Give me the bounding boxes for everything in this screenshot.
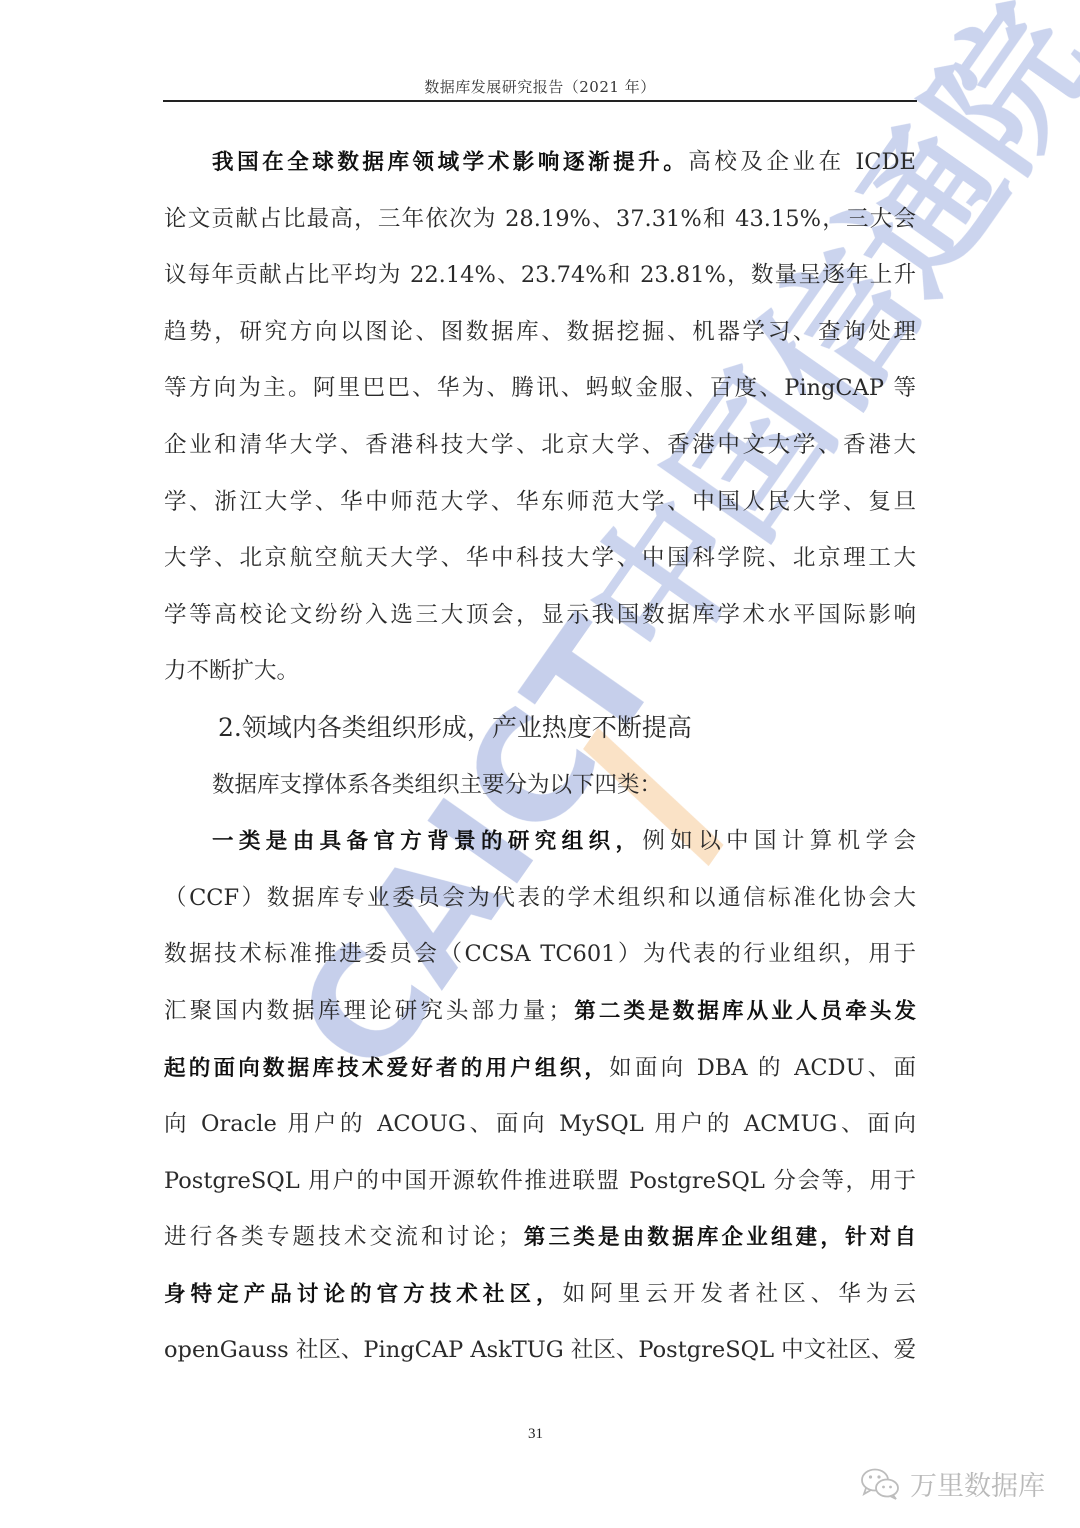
paragraph-four-categories-intro: 数据库支撑体系各类组织主要分为以下四类： [164, 757, 916, 814]
line-text: 如阿里云开发者社区、华为云 [563, 1281, 916, 1307]
text-line: 我国在全球数据库领域学术影响逐渐提升。高校及企业在 ICDE [164, 134, 916, 191]
text-line: 起的面向数据库技术爱好者的用户组织，如面向 DBA 的 ACDU、面 [164, 1040, 916, 1097]
header-divider [163, 100, 917, 102]
text-line: 论文贡献占比最高，三年依次为 28.19%、37.31%和 43.15%，三大会 [164, 191, 916, 248]
text-line: 数据技术标准推进委员会（CCSA TC601）为代表的行业组织，用于 [164, 926, 916, 983]
text-line: 学等高校论文纷纷入选三大顶会，显示我国数据库学术水平国际影响 [164, 587, 916, 644]
line-text: 汇聚国内数据库理论研究头部力量； [164, 998, 571, 1024]
section-heading: 2.领域内各类组织形成，产业热度不断提高 [164, 700, 916, 757]
document-body: 我国在全球数据库领域学术影响逐渐提升。高校及企业在 ICDE 论文贡献占比最高，… [164, 134, 916, 1379]
paragraph-organization-types: 一类是由具备官方背景的研究组织，例如以中国计算机学会 （CCF）数据库专业委员会… [164, 813, 916, 1379]
wechat-account-badge: 万里数据库 [860, 1464, 1045, 1503]
line-text: 如面向 DBA 的 ACDU、面 [609, 1055, 916, 1081]
line-text: 高校及企业在 ICDE [688, 149, 916, 175]
wechat-account-name: 万里数据库 [910, 1464, 1045, 1503]
text-line: PostgreSQL 用户的中国开源软件推进联盟 PostgreSQL 分会等，… [164, 1153, 916, 1210]
text-line: 学、浙江大学、华中师范大学、华东师范大学、中国人民大学、复旦 [164, 474, 916, 531]
line-text: 例如以中国计算机学会 [642, 828, 916, 854]
text-line: 一类是由具备官方背景的研究组织，例如以中国计算机学会 [164, 813, 916, 870]
text-line: 向 Oracle 用户的 ACOUG、面向 MySQL 用户的 ACMUG、面向 [164, 1096, 916, 1153]
wechat-icon [860, 1467, 902, 1501]
bold-lead: 第二类是数据库从业人员牵头发 [571, 999, 916, 1024]
text-line: 趋势，研究方向以图论、图数据库、数据挖掘、机器学习、查询处理 [164, 304, 916, 361]
text-line: 进行各类专题技术交流和讨论；第三类是由数据库企业组建，针对自 [164, 1209, 916, 1266]
text-line: 身特定产品讨论的官方技术社区，如阿里云开发者社区、华为云 [164, 1266, 916, 1323]
text-line: （CCF）数据库专业委员会为代表的学术组织和以通信标准化协会大 [164, 870, 916, 927]
bold-lead: 我国在全球数据库领域学术影响逐渐提升。 [212, 150, 688, 175]
text-line: 企业和清华大学、香港科技大学、北京大学、香港中文大学、香港大 [164, 417, 916, 474]
text-line: 大学、北京航空航天大学、华中科技大学、中国科学院、北京理工大 [164, 530, 916, 587]
paragraph-academic-influence: 我国在全球数据库领域学术影响逐渐提升。高校及企业在 ICDE 论文贡献占比最高，… [164, 134, 916, 700]
bold-lead: 一类是由具备官方背景的研究组织， [212, 829, 642, 854]
text-line: openGauss 社区、PingCAP AskTUG 社区、PostgreSQ… [164, 1322, 916, 1379]
bold-lead: 起的面向数据库技术爱好者的用户组织， [164, 1056, 609, 1081]
bold-lead: 身特定产品讨论的官方技术社区， [164, 1282, 563, 1307]
text-line: 议每年贡献占比平均为 22.14%、23.74%和 23.81%，数量呈逐年上升 [164, 247, 916, 304]
page-number: 31 [528, 1426, 543, 1443]
text-line: 汇聚国内数据库理论研究头部力量；第二类是数据库从业人员牵头发 [164, 983, 916, 1040]
line-text: 进行各类专题技术交流和讨论； [164, 1224, 521, 1250]
text-line: 等方向为主。阿里巴巴、华为、腾讯、蚂蚁金服、百度、PingCAP 等 [164, 360, 916, 417]
bold-lead: 第三类是由数据库企业组建，针对自 [521, 1225, 916, 1250]
running-header: 数据库发展研究报告（2021 年） [163, 76, 917, 97]
text-line: 力不断扩大。 [164, 643, 916, 700]
